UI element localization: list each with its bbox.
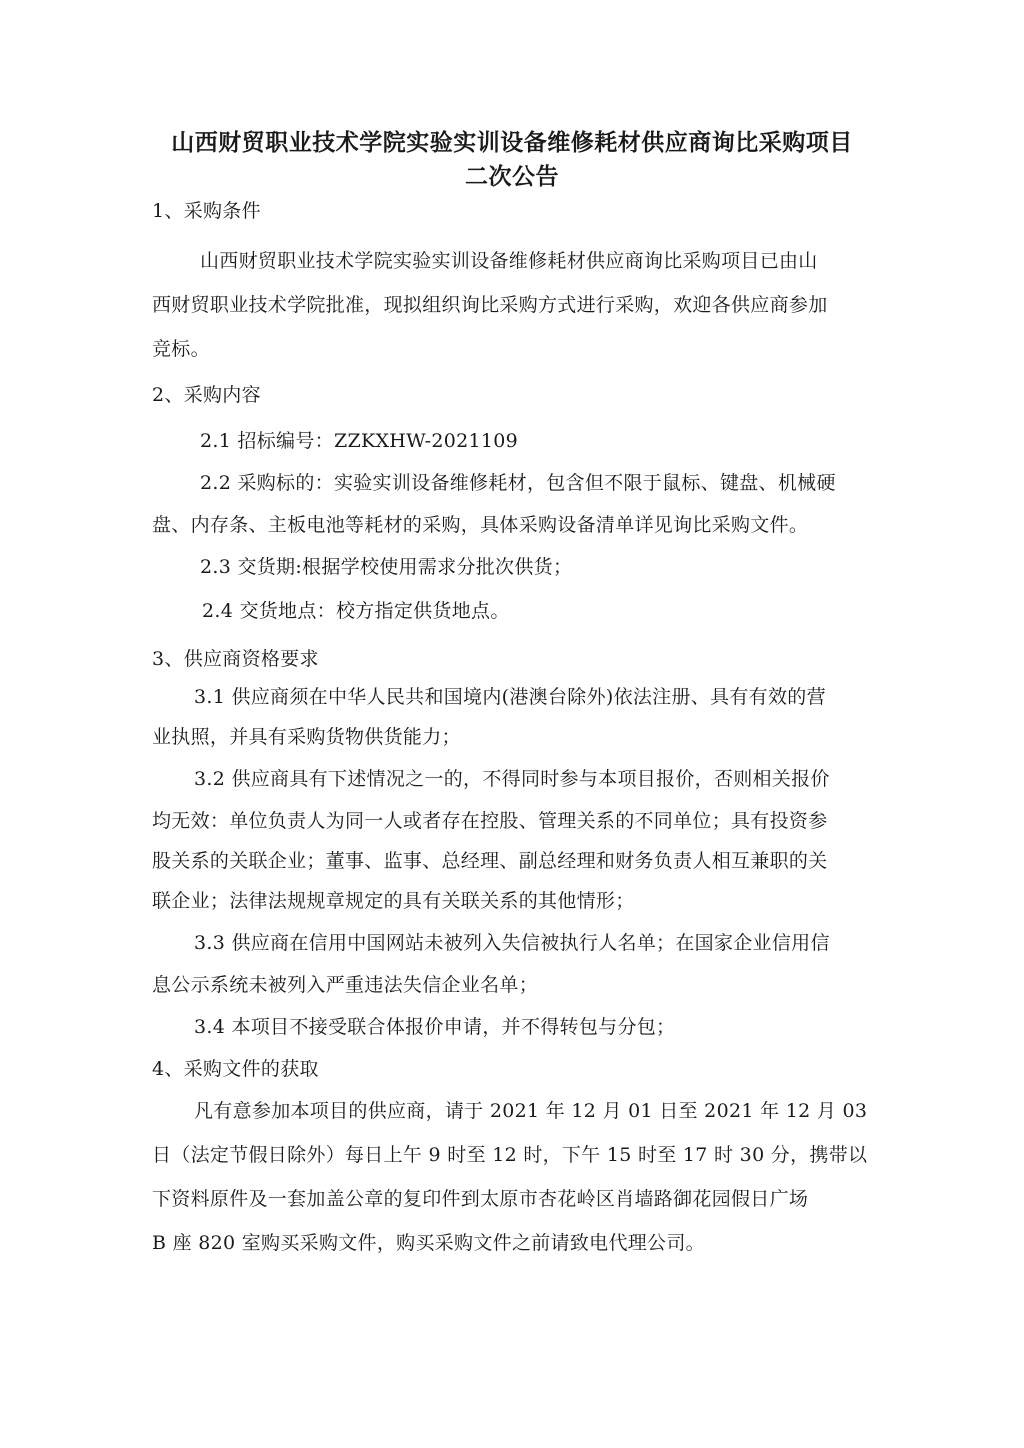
section-3-line-4: 均无效：单位负责人为同一人或者存在控股、管理关系的不同单位；具有投资参 (152, 806, 828, 833)
section-1-line-2: 西财贸职业技术学院批准，现拟组织询比采购方式进行采购，欢迎各供应商参加 (152, 290, 828, 317)
document-title-line1: 山西财贸职业技术学院实验实训设备维修耗材供应商询比采购项目 (150, 124, 874, 157)
section-4-line-3: 下资料原件及一套加盖公章的复印件到太原市杏花岭区肖墙路御花园假日广场 (152, 1184, 808, 1211)
section-heading-4: 4、采购文件的获取 (152, 1054, 319, 1081)
section-4-line-4: B 座 820 室购买采购文件，购买采购文件之前请致电代理公司。 (152, 1228, 705, 1255)
section-2-line-2: 2.2 采购标的：实验实训设备维修耗材，包含但不限于鼠标、键盘、机械硬 (200, 468, 836, 495)
section-3-line-9: 3.4 本项目不接受联合体报价申请，并不得转包与分包； (194, 1012, 675, 1039)
section-3-line-1: 3.1 供应商须在中华人民共和国境内(港澳台除外)依法注册、具有有效的营 (194, 682, 826, 709)
section-2-line-3: 盘、内存条、主板电池等耗材的采购，具体采购设备清单详见询比采购文件。 (152, 510, 808, 537)
section-heading-1: 1、采购条件 (152, 196, 261, 223)
section-3-line-5: 股关系的关联企业；董事、监事、总经理、副总经理和财务负责人相互兼职的关 (152, 846, 828, 873)
document-title-line2: 二次公告 (150, 158, 874, 191)
section-3-line-6: 联企业；法律法规规章规定的具有关联关系的其他情形； (152, 886, 635, 913)
section-3-line-2: 业执照，并具有采购货物供货能力； (152, 722, 461, 749)
section-3-line-3: 3.2 供应商具有下述情况之一的，不得同时参与本项目报价，否则相关报价 (194, 764, 830, 791)
section-3-line-8: 息公示系统未被列入严重违法失信企业名单； (152, 970, 538, 997)
section-3-line-7: 3.3 供应商在信用中国网站未被列入失信被执行人名单；在国家企业信用信 (194, 928, 830, 955)
section-4-line-1: 凡有意参加本项目的供应商，请于 2021 年 12 月 01 日至 2021 年… (194, 1096, 867, 1123)
document-page: 山西财贸职业技术学院实验实训设备维修耗材供应商询比采购项目 二次公告 1、采购条… (0, 0, 1024, 1448)
section-2-line-1: 2.1 招标编号：ZZKXHW-2021109 (200, 426, 518, 453)
section-heading-2: 2、采购内容 (152, 380, 261, 407)
section-heading-3: 3、供应商资格要求 (152, 644, 319, 671)
section-1-line-1: 山西财贸职业技术学院实验实训设备维修耗材供应商询比采购项目已由山 (200, 246, 818, 273)
section-1-line-3: 竞标。 (152, 334, 210, 361)
section-4-line-2: 日（法定节假日除外）每日上午 9 时至 12 时，下午 15 时至 17 时 3… (152, 1140, 867, 1167)
section-2-line-4: 2.3 交货期:根据学校使用需求分批次供货； (200, 552, 572, 579)
section-2-line-5: 2.4 交货地点：校方指定供货地点。 (202, 596, 510, 623)
